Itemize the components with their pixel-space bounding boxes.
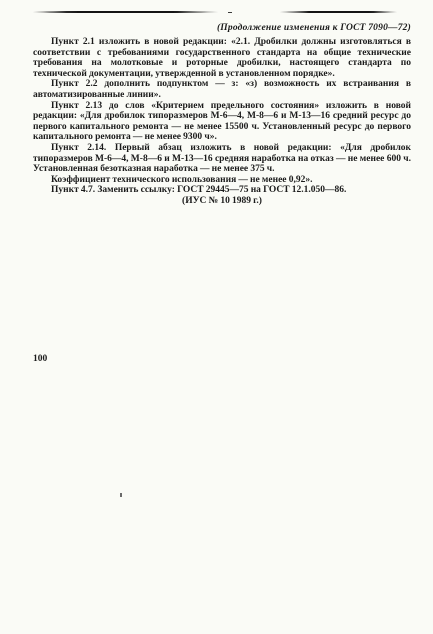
scan-artifact-dot (228, 12, 232, 13)
paragraph-punkt-2-14: Пункт 2.14. Первый абзац изложить в ново… (33, 143, 411, 175)
paragraph-punkt-4-7: Пункт 4.7. Заменить ссылку: ГОСТ 29445—7… (33, 185, 411, 196)
amendment-text-block: (Продолжение изменения к ГОСТ 7090—72) П… (33, 22, 411, 207)
paragraph-punkt-2-1: Пункт 2.1 изложить в новой редакции: «2.… (33, 37, 411, 79)
scan-artifact-line-left (33, 11, 218, 13)
scanned-document-page: (Продолжение изменения к ГОСТ 7090—72) П… (0, 0, 433, 634)
ius-reference: (ИУС № 10 1989 г.) (33, 196, 411, 207)
scan-artifact-line-right (280, 11, 397, 13)
paragraph-punkt-2-2: Пункт 2.2 дополнить подпунктом — з: «з) … (33, 79, 411, 100)
scan-artifact-speck (120, 493, 122, 497)
continuation-header-note: (Продолжение изменения к ГОСТ 7090—72) (33, 22, 411, 34)
paragraph-punkt-2-13: Пункт 2.13 до слов «Критерием предельног… (33, 101, 411, 143)
paragraph-coefficient: Коэффициент технического использования —… (33, 175, 411, 186)
page-number: 100 (33, 354, 47, 364)
